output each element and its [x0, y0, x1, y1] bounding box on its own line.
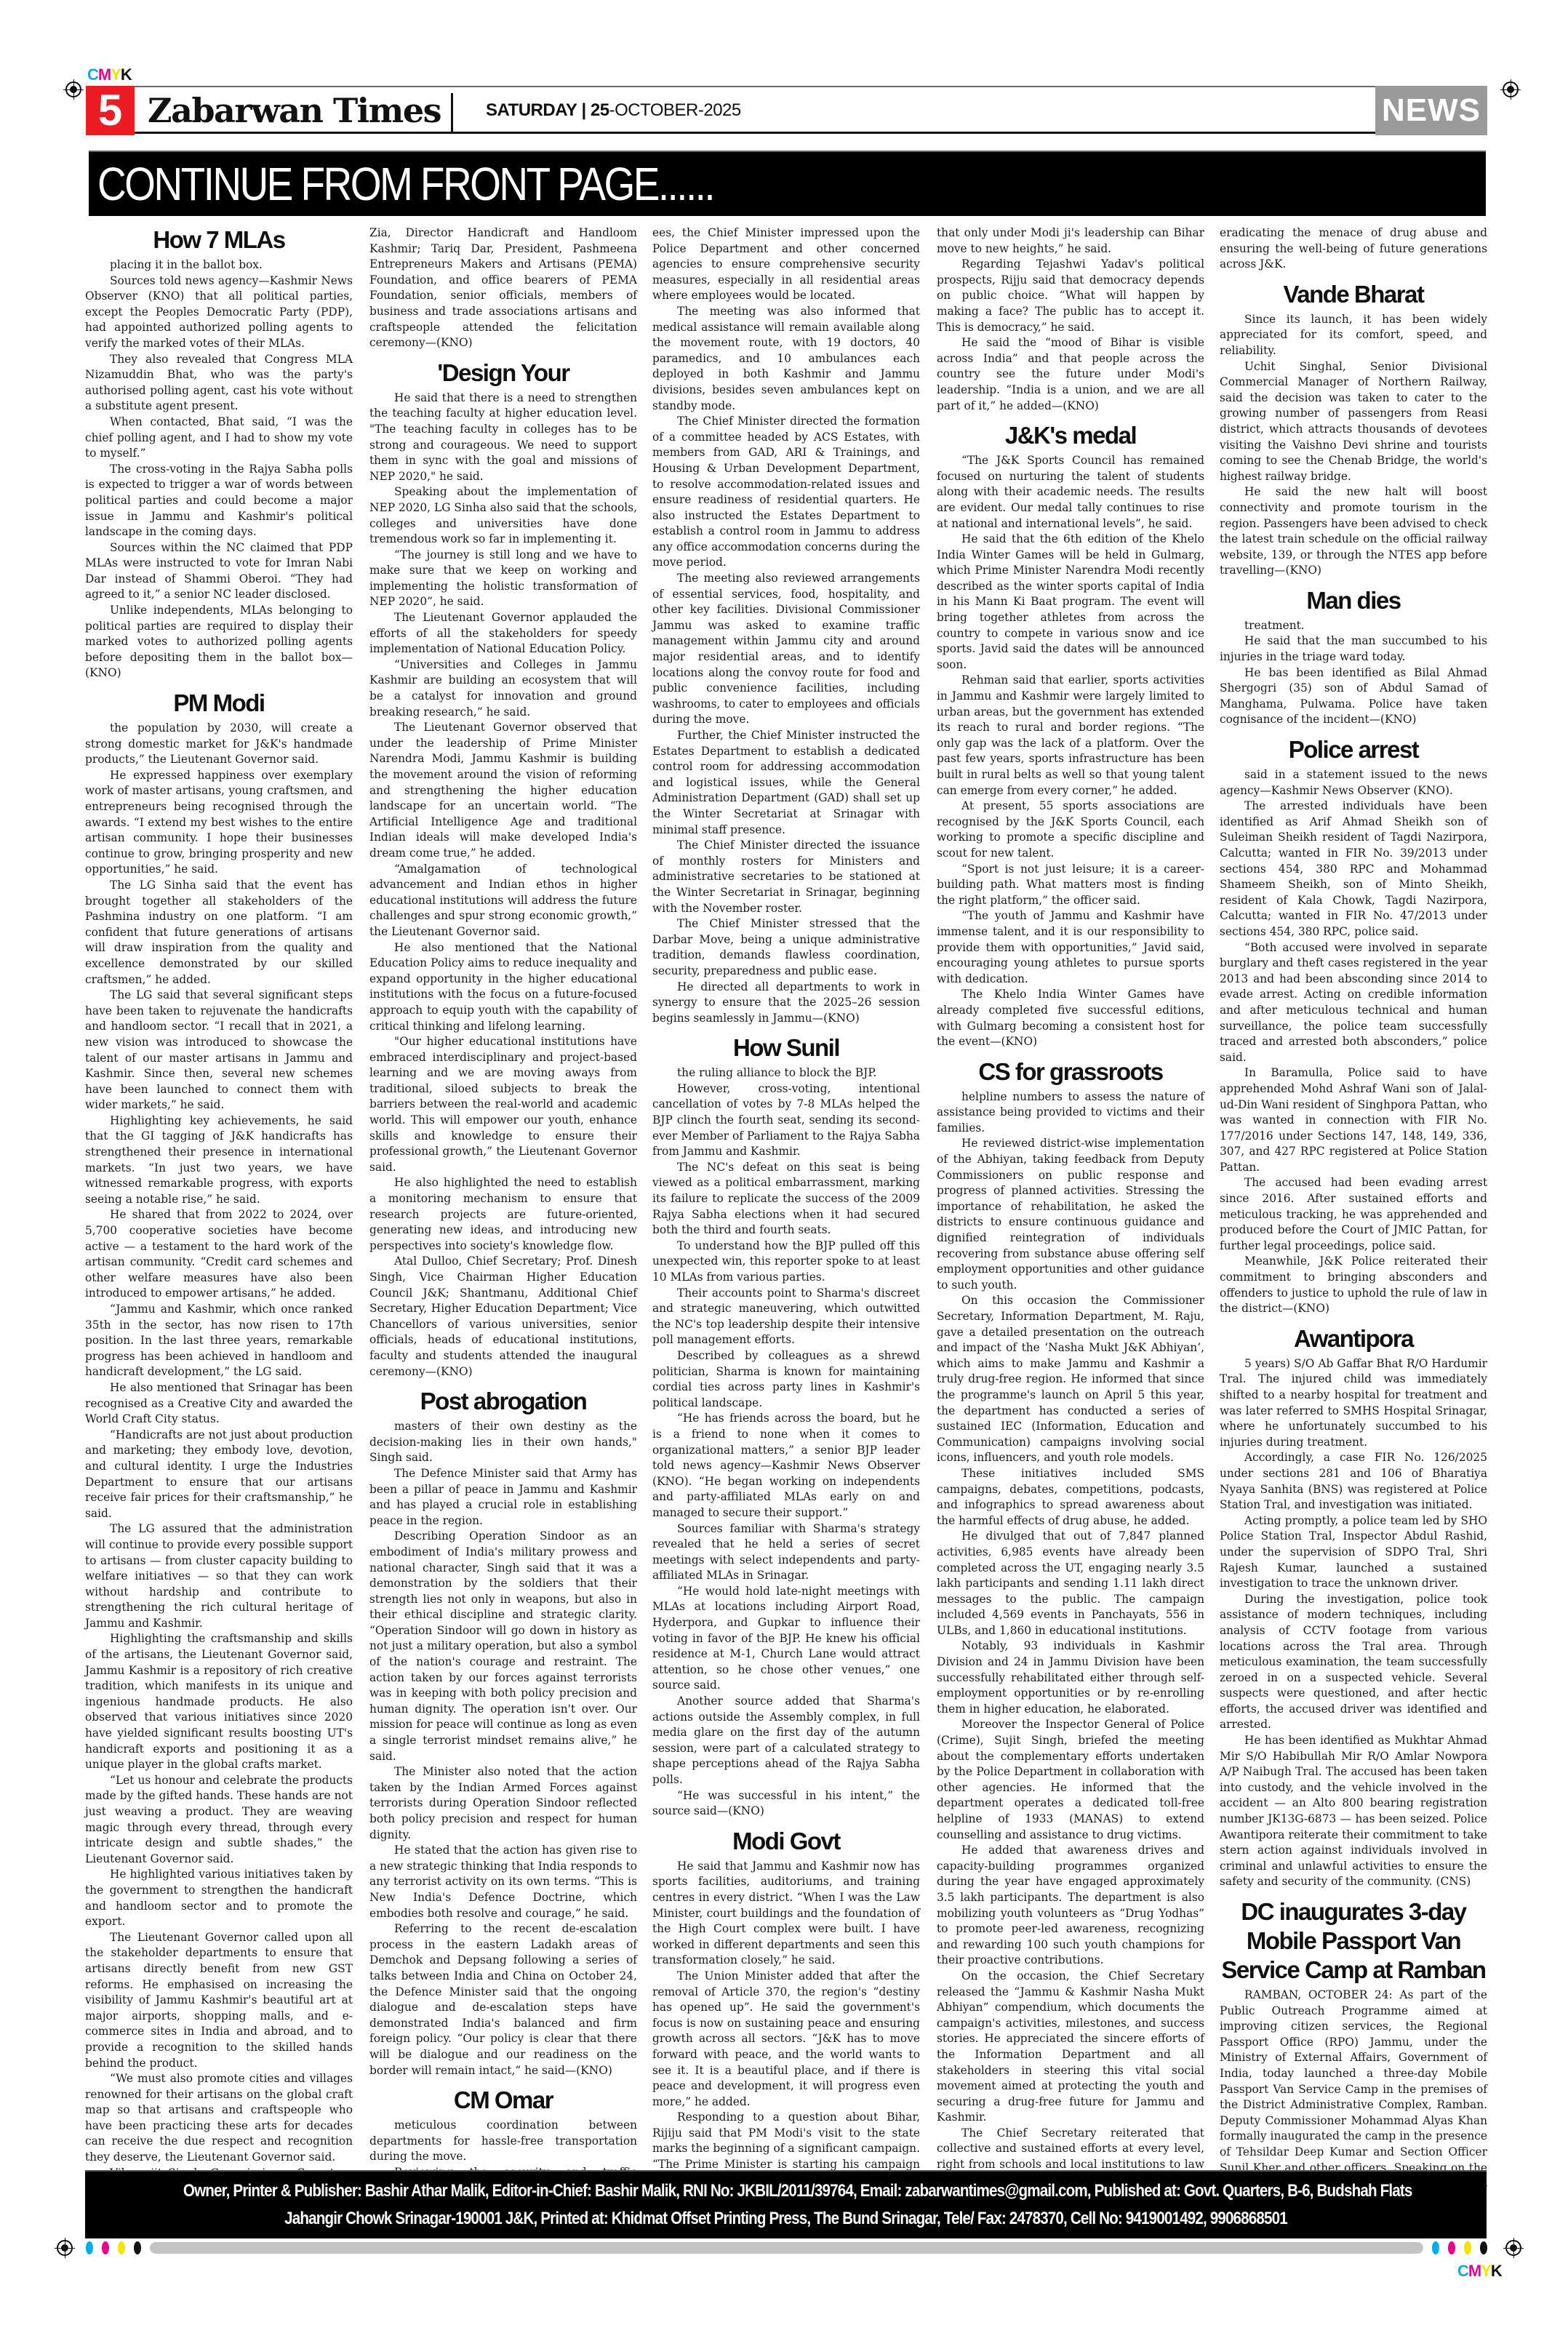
- article-paragraph: Meanwhile, J&K Police reiterated their c…: [1220, 1254, 1487, 1316]
- article-paragraph: Further, the Chief Minister instructed t…: [652, 728, 920, 838]
- gray-bar: [150, 2242, 1423, 2254]
- article-paragraph: He highlighted various initiatives taken…: [85, 1867, 353, 1929]
- article-paragraph: He said that the 6th edition of the Khel…: [937, 532, 1204, 673]
- article-headline: Modi Govt: [652, 1827, 920, 1856]
- color-registration-bar: [86, 2241, 1487, 2254]
- article-paragraph: The meeting was also informed that medic…: [652, 304, 920, 414]
- article-paragraph: Moreover the Inspector General of Police…: [937, 1717, 1204, 1843]
- article-paragraph: The Defence Minister said that Army has …: [369, 1466, 637, 1529]
- article-paragraph: He reviewed district-wise implementation…: [937, 1136, 1204, 1293]
- article-paragraph: helpline numbers to assess the nature of…: [937, 1089, 1204, 1137]
- article-paragraph: Unlike independents, MLAs belonging to p…: [85, 603, 353, 681]
- article-paragraph: Referring to the recent de-escalation pr…: [369, 1921, 637, 2078]
- cyan-swatch: [86, 2241, 93, 2254]
- article-headline: CM Omar: [369, 2086, 637, 2115]
- article-paragraph: The Lieutenant Governor called upon all …: [85, 1930, 353, 2071]
- article-paragraph: “Jammu and Kashmir, which once ranked 35…: [85, 1302, 353, 1380]
- article-paragraph: The Lieutenant Governor observed that un…: [369, 720, 637, 861]
- article-paragraph: “Universities and Colleges in Jammu Kash…: [369, 657, 637, 720]
- article-paragraph: Atal Dulloo, Chief Secretary; Prof. Dine…: [369, 1254, 637, 1380]
- article-paragraph: He also highlighted the need to establis…: [369, 1175, 637, 1254]
- masthead: 5 Zabarwan Times SATURDAY | 25-OCTOBER-2…: [86, 86, 1487, 134]
- article-paragraph: The cross-voting in the Rajya Sabha poll…: [85, 462, 353, 540]
- article-paragraph: “Handicrafts are not just about producti…: [85, 1428, 353, 1522]
- registration-mark-icon: [1505, 2240, 1521, 2256]
- article-paragraph: Highlighting the craftsmanship and skill…: [85, 1631, 353, 1772]
- article-paragraph: placing it in the ballot box.: [85, 257, 353, 273]
- column-1: How 7 MLAsplacing it in the ballot box.S…: [85, 225, 353, 2228]
- article-paragraph: Accordingly, a case FIR No. 126/2025 und…: [1220, 1450, 1487, 1513]
- article-headline: DC inaugurates 3-day Mobile Passport Van…: [1220, 1897, 1487, 1985]
- article-headline: Man dies: [1220, 586, 1487, 615]
- article-paragraph: He said that there is a need to strength…: [369, 391, 637, 485]
- column-2: Zia, Director Handicraft and Handloom Ka…: [369, 225, 637, 2228]
- article-paragraph: Zia, Director Handicraft and Handloom Ka…: [369, 225, 637, 351]
- article-paragraph: Highlighting key achievements, he said t…: [85, 1113, 353, 1208]
- magenta-swatch: [1448, 2241, 1455, 2254]
- dateline: SATURDAY | 25-OCTOBER-2025: [486, 97, 741, 124]
- article-paragraph: “He would hold late-night meetings with …: [652, 1584, 920, 1694]
- article-paragraph: They also revealed that Congress MLA Niz…: [85, 352, 353, 415]
- article-paragraph: eradicating the menace of drug abuse and…: [1220, 225, 1487, 273]
- article-paragraph: The LG Sinha said that the event has bro…: [85, 878, 353, 988]
- article-paragraph: “The journey is still long and we have t…: [369, 548, 637, 610]
- article-paragraph: Sources told news agency—Kashmir News Ob…: [85, 273, 353, 352]
- article-paragraph: The Union Minister added that after the …: [652, 1969, 920, 2110]
- article-paragraph: He shared that from 2022 to 2024, over 5…: [85, 1207, 353, 1302]
- article-paragraph: The meeting also reviewed arrangements o…: [652, 571, 920, 728]
- masthead-divider: [451, 93, 453, 132]
- article-paragraph: He said that the man succumbed to his in…: [1220, 633, 1487, 665]
- article-paragraph: Their accounts point to Sharma's discree…: [652, 1286, 920, 1348]
- article-paragraph: ees, the Chief Minister impressed upon t…: [652, 225, 920, 304]
- article-paragraph: “Let us honour and celebrate the product…: [85, 1773, 353, 1868]
- cmyk-c: C: [87, 65, 98, 84]
- article-paragraph: He also mentioned that the National Educ…: [369, 940, 637, 1035]
- black-swatch: [1480, 2241, 1487, 2254]
- article-paragraph: He added that awareness drives and capac…: [937, 1843, 1204, 1969]
- article-paragraph: He said that Jammu and Kashmir now has s…: [652, 1859, 920, 1969]
- article-headline: J&K's medal: [937, 421, 1204, 450]
- article-paragraph: The NC's defeat on this seat is being vi…: [652, 1160, 920, 1238]
- article-paragraph: He directed all departments to work in s…: [652, 980, 920, 1027]
- section-banner: CONTINUE FROM FRONT PAGE......: [89, 151, 1486, 216]
- paper-name-logo: Zabarwan Times: [148, 89, 441, 132]
- article-paragraph: “The J&K Sports Council has remained foc…: [937, 453, 1204, 532]
- article-headline: 'Design Your: [369, 359, 637, 388]
- article-paragraph: During the investigation, police took as…: [1220, 1592, 1487, 1733]
- column-5: eradicating the menace of drug abuse and…: [1220, 225, 1487, 2223]
- article-paragraph: The Lieutenant Governor applauded the ef…: [369, 610, 637, 657]
- article-paragraph: He bas been identified as Bilal Ahmad Sh…: [1220, 665, 1487, 728]
- article-paragraph: The arrested individuals have been ident…: [1220, 799, 1487, 940]
- cmyk-y: Y: [111, 65, 121, 84]
- imprint-footer: Owner, Printer & Publisher: Bashir Athar…: [85, 2170, 1487, 2238]
- article-paragraph: "Our higher educational institutions hav…: [369, 1034, 637, 1175]
- article-headline: Vande Bharat: [1220, 280, 1487, 309]
- article-paragraph: said in a statement issued to the news a…: [1220, 767, 1487, 799]
- banner-title: CONTINUE FROM FRONT PAGE......: [97, 156, 713, 212]
- article-paragraph: To understand how the BJP pulled off thi…: [652, 1238, 920, 1286]
- article-paragraph: However, cross-voting, intentional cance…: [652, 1081, 920, 1160]
- article-paragraph: The Chief Minister directed the issuance…: [652, 838, 920, 916]
- dateline-date-rest: -OCTOBER-2025: [609, 100, 741, 120]
- article-paragraph: “The youth of Jammu and Kashmir have imm…: [937, 908, 1204, 987]
- yellow-swatch: [118, 2241, 125, 2254]
- cmyk-m: M: [98, 65, 111, 84]
- article-paragraph: “He has friends across the board, but he…: [652, 1411, 920, 1521]
- article-paragraph: “He was successful in his intent,” the s…: [652, 1788, 920, 1820]
- article-paragraph: The Chief Minister directed the formatio…: [652, 414, 920, 571]
- article-paragraph: The Khelo India Winter Games have alread…: [937, 987, 1204, 1049]
- registration-mark-icon: [65, 81, 81, 97]
- article-paragraph: Since its launch, it has been widely app…: [1220, 312, 1487, 359]
- article-paragraph: treatment.: [1220, 618, 1487, 634]
- yellow-swatch: [1464, 2241, 1471, 2254]
- article-paragraph: These initiatives included SMS campaigns…: [937, 1466, 1204, 1529]
- article-paragraph: Another source added that Sharma's actio…: [652, 1694, 920, 1788]
- article-paragraph: He has been identified as Mukhtar Ahmad …: [1220, 1733, 1487, 1890]
- registration-mark-icon: [1503, 81, 1519, 97]
- article-paragraph: He said the new halt will boost connecti…: [1220, 484, 1487, 579]
- article-paragraph: masters of their own destiny as the deci…: [369, 1419, 637, 1466]
- cmyk-mark-top: CMYK: [87, 67, 132, 83]
- magenta-swatch: [102, 2241, 109, 2254]
- black-swatch: [134, 2241, 141, 2254]
- article-paragraph: Described by colleagues as a shrewd poli…: [652, 1348, 920, 1411]
- article-headline: PM Modi: [85, 689, 353, 718]
- article-paragraph: He also mentioned that Srinagar has been…: [85, 1380, 353, 1428]
- article-headline: Post abrogation: [369, 1387, 637, 1416]
- article-paragraph: Speaking about the implementation of NEP…: [369, 484, 637, 547]
- dateline-separator: |: [582, 100, 586, 120]
- cmyk-mark-bottom: CMYK: [1457, 2263, 1502, 2279]
- page-number: 5: [86, 86, 135, 135]
- article-paragraph: The LG said that several significant ste…: [85, 988, 353, 1113]
- article-paragraph: “Sport is not just leisure; it is a care…: [937, 862, 1204, 909]
- column-3: ees, the Chief Minister impressed upon t…: [652, 225, 920, 2220]
- article-headline: CS for grassroots: [937, 1057, 1204, 1087]
- article-paragraph: Sources within the NC claimed that PDP M…: [85, 540, 353, 603]
- cmyk-y: Y: [1481, 2262, 1491, 2280]
- article-paragraph: Regarding Tejashwi Yadav's political pro…: [937, 257, 1204, 335]
- imprint-line-1: Owner, Printer & Publisher: Bashir Athar…: [183, 2180, 1388, 2202]
- article-paragraph: The accused had been evading arrest sinc…: [1220, 1175, 1487, 1254]
- column-4: that only under Modi ji's leadership can…: [937, 225, 1204, 2188]
- article-paragraph: On the occasion, the Chief Secretary rel…: [937, 1969, 1204, 2126]
- article-paragraph: Describing Operation Sindoor as an embod…: [369, 1529, 637, 1764]
- article-paragraph: At present, 55 sports associations are r…: [937, 799, 1204, 861]
- article-paragraph: He said the “mood of Bihar is visible ac…: [937, 335, 1204, 414]
- article-headline: Awantipora: [1220, 1324, 1487, 1353]
- article-paragraph: Uchit Singhal, Senior Divisional Commerc…: [1220, 359, 1487, 485]
- article-paragraph: Notably, 93 individuals in Kashmir Divis…: [937, 1638, 1204, 1717]
- article-paragraph: He expressed happiness over exemplary wo…: [85, 768, 353, 878]
- article-paragraph: The LG assured that the administration w…: [85, 1521, 353, 1631]
- article-paragraph: “We must also promote cities and village…: [85, 2071, 353, 2166]
- article-paragraph: that only under Modi ji's leadership can…: [937, 225, 1204, 257]
- registration-mark-icon: [57, 2240, 73, 2256]
- cmyk-m: M: [1468, 2262, 1481, 2280]
- article-paragraph: the ruling alliance to block the BJP.: [652, 1065, 920, 1081]
- article-paragraph: He stated that the action has given rise…: [369, 1843, 637, 1921]
- article-paragraph: Rehman said that earlier, sports activit…: [937, 673, 1204, 799]
- article-paragraph: On this occasion the Commissioner Secret…: [937, 1293, 1204, 1466]
- article-paragraph: He divulged that out of 7,847 planned ac…: [937, 1529, 1204, 1638]
- article-headline: How Sunil: [652, 1033, 920, 1063]
- article-paragraph: Acting promptly, a police team led by SH…: [1220, 1513, 1487, 1592]
- article-paragraph: the population by 2030, will create a st…: [85, 721, 353, 768]
- section-tag-news: NEWS: [1375, 86, 1487, 135]
- article-paragraph: “Both accused were involved in separate …: [1220, 940, 1487, 1066]
- article-paragraph: “Amalgamation of technological advanceme…: [369, 862, 637, 940]
- article-paragraph: When contacted, Bhat said, “I was the ch…: [85, 415, 353, 462]
- article-paragraph: meticulous coordination between departme…: [369, 2118, 637, 2165]
- cmyk-k: K: [1491, 2262, 1502, 2280]
- cmyk-k: K: [121, 65, 132, 84]
- dateline-day: SATURDAY: [486, 100, 577, 120]
- article-paragraph: The Chief Minister stressed that the Dar…: [652, 916, 920, 979]
- article-paragraph: The Minister also noted that the action …: [369, 1764, 637, 1843]
- article-headline: How 7 MLAs: [85, 225, 353, 255]
- cyan-swatch: [1432, 2241, 1439, 2254]
- dateline-date-day: 25: [591, 100, 609, 120]
- article-paragraph: In Baramulla, Police said to have appreh…: [1220, 1065, 1487, 1175]
- cmyk-c: C: [1457, 2262, 1468, 2280]
- article-paragraph: 5 years) S/O Ab Gaffar Bhat R/O Hardumir…: [1220, 1356, 1487, 1451]
- article-paragraph: Sources familiar with Sharma's strategy …: [652, 1521, 920, 1584]
- imprint-line-2: Jahangir Chowk Srinagar-190001 J&K, Prin…: [183, 2208, 1388, 2230]
- article-headline: Police arrest: [1220, 735, 1487, 764]
